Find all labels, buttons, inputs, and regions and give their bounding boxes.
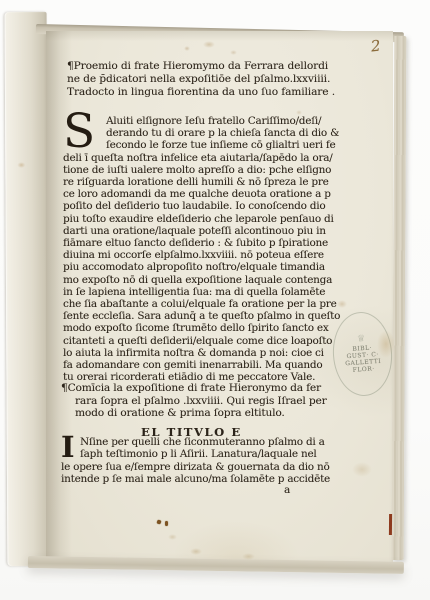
text-line: ne de p̄dicatori nella expoſitiōe del pſ… [67,73,379,86]
foxing-spot [296,110,302,115]
text-line: che ſia abaſtante a colui/elquale fa ora… [63,298,377,310]
text-line: ſaph teſtimonio p li Aſirii. Lanatura/la… [61,448,377,460]
text-line: in ſe lapiena intelligentia ſua: ma di q… [63,286,377,298]
text-line: piu toſto exaudire eldeſiderio che lepar… [63,213,377,225]
text-line: ¶Comīcia la expoſitione di frate Hierony… [61,382,377,395]
text-line: intende p ſe mai male alcuno/ma ſolamēte… [61,473,377,485]
stamp-lines: BIBL·GUST· C·GALLETTIFLOR· [344,344,382,374]
foxing-spot [184,46,190,51]
drop-cap-s: S [63,115,106,151]
text-line: piu accomodato alpropoſito noſtro/elqual… [63,261,377,273]
text-line: citanteti a queſti deſiderii/elquale com… [63,335,377,347]
folio-number: 2 [370,37,381,56]
text-line: modo expoſto ſicome ſtrumēto dello ſpiri… [63,322,377,334]
text-line: ¶Proemio di frate Hieromymo da Ferrara d… [67,60,379,73]
proemio-heading: ¶Proemio di frate Hieromymo da Ferrara d… [67,60,379,99]
text-line: le opere ſua e/ſempre dirizata & gouerna… [61,461,377,473]
text-line: fa adomandare con gemiti inenarrabili. M… [63,359,377,371]
text-line: derando tu di orare p la chieſa ſancta d… [63,127,377,139]
foxing-spot [190,548,202,555]
fore-edge-red-mark [389,514,392,535]
text-line: lo aiuta la infirmita noſtra & domanda p… [63,347,377,359]
foxing-spot [352,462,372,477]
proemio-paragraph: S Aluiti elſignore Ieſu fratello Cariſſi… [63,115,377,383]
text-block: 2 ¶Proemio di frate Hieromymo da Ferrara… [0,0,430,600]
text-line: ſente eccleſia. Sara adunq̄ a te queſto … [63,310,377,322]
text-line: tione de iuſti ualere molto apreſſo a di… [63,164,377,176]
text-line: Tradocto in lingua fiorentina da uno ſuo… [67,86,379,99]
text-line: rara ſopra el pſalmo .lxxviiii. Qui regi… [61,395,377,408]
text-line: Aluiti elſignore Ieſu fratello Cariſſimo… [63,115,377,127]
text-line: diuina mi occorſe elpſalmo.lxxviiii. nō … [63,249,377,261]
photo-background: 2 ¶Proemio di frate Hieromymo da Ferrara… [0,0,430,600]
drop-cap-i: I [61,436,80,460]
ink-dot [165,521,168,526]
proemio-lines: Aluiti elſignore Ieſu fratello Cariſſimo… [63,115,377,383]
text-line: fiāmare eltuo ſancto deſiderio : & ſubit… [63,237,377,249]
crown-icon: ♕ [357,335,366,345]
text-line: poſito del deſiderio tuo laudabile. Io c… [63,200,377,212]
expositio-lines: Nſine per quelli che ſiconmuteranno pſal… [61,436,377,486]
signature-mark: a [284,484,290,496]
text-line: re riſguarda loratione delli humili & nō… [63,176,377,188]
foxing-spot [203,41,215,48]
text-line: ce loro adomandi da me qualche deuota or… [63,188,377,200]
incipit-heading: ¶Comīcia la expoſitione di frate Hierony… [61,382,377,420]
text-line: modo di oratione & prima ſopra eltitulo. [61,407,377,420]
expositio-paragraph: I Nſine per quelli che ſiconmuteranno pſ… [61,436,377,486]
foxing-spot [337,300,347,308]
text-line: ſecondo le forze tue inſieme cō glialtri… [63,139,377,151]
ink-dot [156,519,161,524]
foxing-spot [230,50,237,55]
text-line: darti una oratione/laquale poteſſi alcon… [63,225,377,237]
foxing-spot [377,330,395,358]
text-line: deli ī queſta noſtra infelice eta aiutar… [63,152,377,164]
text-line: mo expoſto nō di quella expoſitione laqu… [63,274,377,286]
text-line: Nſine per quelli che ſiconmuteranno pſal… [61,436,377,448]
foxing-spot [168,534,177,540]
foxing-spot [242,553,255,560]
